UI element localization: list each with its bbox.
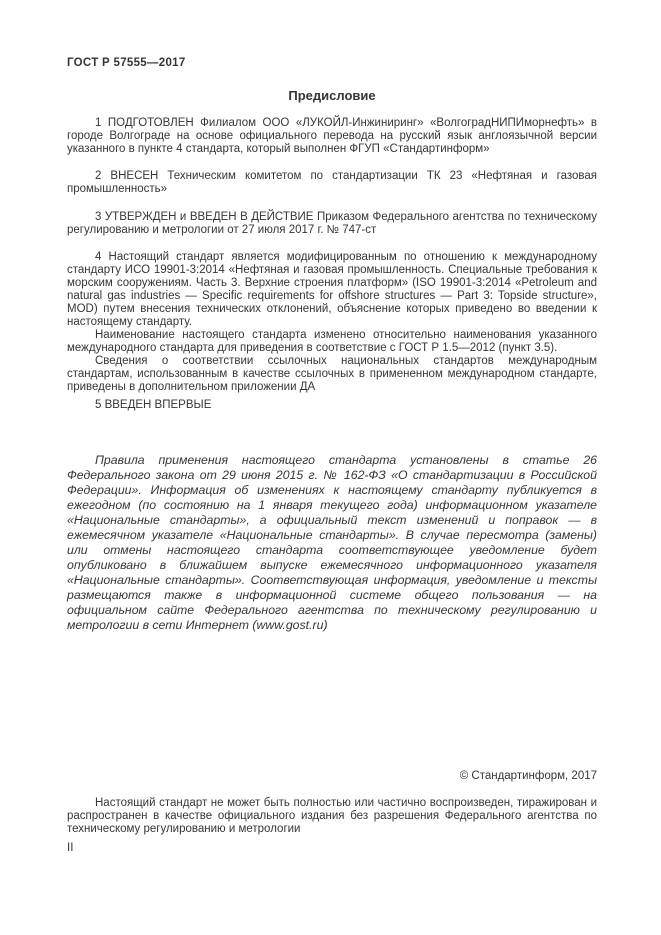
application-rules-note: Правила применения настоящего стандарта … bbox=[67, 453, 597, 633]
doc-code: ГОСТ Р 57555—2017 bbox=[67, 57, 597, 69]
foreword-item-4-note-renaming: Наименование настоящего стандарта измене… bbox=[67, 329, 597, 355]
foreword-item-1: 1 ПОДГОТОВЛЕН Филиалом ООО «ЛУКОЙЛ-Инжин… bbox=[67, 117, 597, 156]
foreword-item-4-note-references: Сведения о соответствии ссылочных национ… bbox=[67, 355, 597, 394]
page-number: II bbox=[67, 842, 597, 854]
page-title: Предисловие bbox=[67, 88, 597, 103]
reproduction-restriction-note: Настоящий стандарт не может быть полност… bbox=[67, 797, 597, 836]
copyright-line: © Стандартинформ, 2017 bbox=[67, 770, 597, 782]
foreword-item-2: 2 ВНЕСЕН Техническим комитетом по станда… bbox=[67, 170, 597, 196]
foreword-item-4-group: 4 Настоящий стандарт является модифициро… bbox=[67, 251, 597, 394]
foreword-item-3: 3 УТВЕРЖДЕН и ВВЕДЕН В ДЕЙСТВИЕ Приказом… bbox=[67, 211, 597, 237]
foreword-item-5: 5 ВВЕДЕН ВПЕРВЫЕ bbox=[67, 399, 597, 412]
document-page: ГОСТ Р 57555—2017 Предисловие 1 ПОДГОТОВ… bbox=[0, 0, 661, 935]
foreword-item-4: 4 Настоящий стандарт является модифициро… bbox=[67, 251, 597, 329]
